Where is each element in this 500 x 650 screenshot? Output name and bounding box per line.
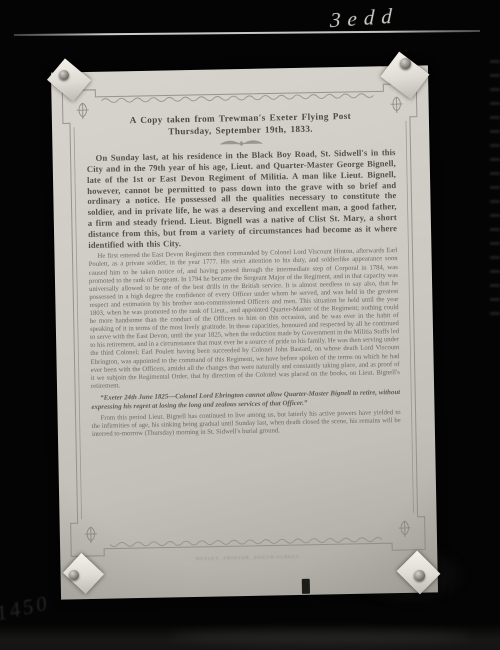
obituary-intro-paragraph: On Sunday last, at his residence in the … [87, 147, 398, 250]
film-scratch-line [14, 30, 480, 36]
border-corner-ornament-bottom-right [399, 521, 411, 537]
flourish-icon [218, 139, 264, 148]
border-top-wave [101, 93, 373, 102]
thumbtack-pin-icon-bottom-right [414, 570, 425, 581]
handwritten-plate-number: 3edd [330, 4, 400, 34]
document-paper: A Copy taken from Trewman's Exeter Flyin… [51, 65, 438, 599]
thumbtack-pin-icon-top-left [59, 70, 69, 80]
border-bottom-wave [110, 537, 382, 546]
photo-bottom-smudge [170, 630, 470, 644]
handwritten-bottom-mark: 1450 [0, 591, 52, 627]
thumbtack-pin-icon-top-right [400, 58, 411, 69]
border-corner-ornament-bottom-left [85, 527, 97, 543]
document-heading: A Copy taken from Trewman's Exeter Flyin… [86, 110, 395, 139]
paper-edge-mark [302, 579, 310, 594]
film-edge-streaks [490, 60, 500, 320]
photograph-background: 3edd 1450 A Copy taken from Trewman's Ex… [0, 0, 500, 650]
service-history-paragraph: He first entered the East Devon Regiment… [88, 247, 400, 391]
thumbtack-pin-icon-bottom-left [69, 570, 79, 580]
photo-bottom-band [0, 624, 500, 650]
document-content: A Copy taken from Trewman's Exeter Flyin… [86, 110, 401, 439]
regimental-order-quote: “Exeter 24th June 1825—Colonel Lord Ebri… [91, 388, 400, 412]
